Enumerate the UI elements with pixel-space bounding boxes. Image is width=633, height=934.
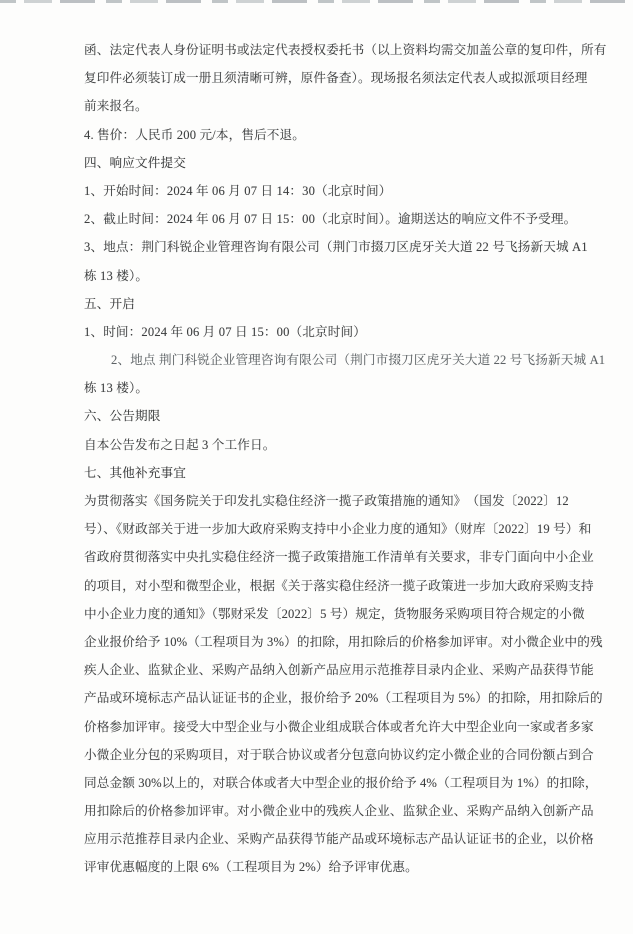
text-line: 省政府贯彻落实中央扎实稳住经济一揽子政策措施工作清单有关要求，非专门面向中小企业 bbox=[84, 543, 596, 571]
text-line: 自本公告发布之日起 3 个工作日。 bbox=[84, 431, 596, 459]
section-heading: 五、开启 bbox=[84, 290, 596, 318]
text-line: 1、开始时间：2024 年 06 月 07 日 14：30（北京时间） bbox=[84, 177, 596, 205]
text-line: 号）、《财政部关于进一步加大政府采购支持中小企业力度的通知》（财库〔2022〕1… bbox=[84, 515, 596, 543]
text-line: 函、法定代表人身份证明书或法定代表授权委托书（以上资料均需交加盖公章的复印件，所… bbox=[84, 36, 596, 64]
text-line: 1、时间：2024 年 06 月 07 日 15：00（北京时间） bbox=[84, 318, 596, 346]
scan-artifact-top-edge bbox=[0, 0, 633, 3]
text-line: 复印件必须装订成一册且须清晰可辨，原件备查）。现场报名须法定代表人或拟派项目经理 bbox=[84, 64, 596, 92]
text-line: 小微企业分包的采购项目，对于联合协议或者分包意向协议约定小微企业的合同份额占到合 bbox=[84, 741, 596, 769]
text-line: 前来报名。 bbox=[84, 92, 596, 120]
text-line: 中小企业力度的通知》（鄂财采发〔2022〕5 号）规定，货物服务采购项目符合规定… bbox=[84, 600, 596, 628]
document-content: 函、法定代表人身份证明书或法定代表授权委托书（以上资料均需交加盖公章的复印件，所… bbox=[84, 36, 596, 882]
text-line: 2、截止时间：2024 年 06 月 07 日 15：00（北京时间）。逾期送达… bbox=[84, 205, 596, 233]
text-line: 2、地点 荆门科锐企业管理咨询有限公司（荆门市掇刀区虎牙关大道 22 号飞扬新天… bbox=[84, 346, 596, 374]
text-line: 价格参加评审。接受大中型企业与小微企业组成联合体或者允许大中型企业向一家或者多家 bbox=[84, 713, 596, 741]
text-line: 4. 售价：人民币 200 元/本，售后不退。 bbox=[84, 121, 596, 149]
text-line: 栋 13 楼）。 bbox=[84, 262, 596, 290]
text-line: 应用示范推荐目录内企业、采购产品获得节能产品或环境标志产品认证证书的企业，以价格 bbox=[84, 825, 596, 853]
text-line: 同总金额 30%以上的，对联合体或者大中型企业的报价给予 4%（工程项目为 1%… bbox=[84, 769, 596, 797]
section-heading: 七、其他补充事宜 bbox=[84, 459, 596, 487]
document-page: 函、法定代表人身份证明书或法定代表授权委托书（以上资料均需交加盖公章的复印件，所… bbox=[0, 0, 633, 934]
text-line: 栋 13 楼）。 bbox=[84, 374, 596, 402]
text-line: 疾人企业、监狱企业、采购产品纳入创新产品应用示范推荐目录内企业、采购产品获得节能 bbox=[84, 656, 596, 684]
text-line: 产品或环境标志产品认证证书的企业，报价给予 20%（工程项目为 5%）的扣除，用… bbox=[84, 684, 596, 712]
text-line: 企业报价给予 10%（工程项目为 3%）的扣除，用扣除后的价格参加评审。对小微企… bbox=[84, 628, 596, 656]
section-heading: 六、公告期限 bbox=[84, 402, 596, 430]
text-line: 用扣除后的价格参加评审。对小微企业中的残疾人企业、监狱企业、采购产品纳入创新产品 bbox=[84, 797, 596, 825]
text-line: 3、地点：荆门科锐企业管理咨询有限公司（荆门市掇刀区虎牙关大道 22 号飞扬新天… bbox=[84, 233, 596, 261]
text-line: 的项目，对小型和微型企业，根据《关于落实稳住经济一揽子政策进一步加大政府采购支持 bbox=[84, 572, 596, 600]
section-heading: 四、响应文件提交 bbox=[84, 149, 596, 177]
text-line: 评审优惠幅度的上限 6%（工程项目为 2%）给予评审优惠。 bbox=[84, 853, 596, 881]
text-line: 为贯彻落实《国务院关于印发扎实稳住经济一揽子政策措施的通知》 （国发〔2022〕… bbox=[84, 487, 596, 515]
